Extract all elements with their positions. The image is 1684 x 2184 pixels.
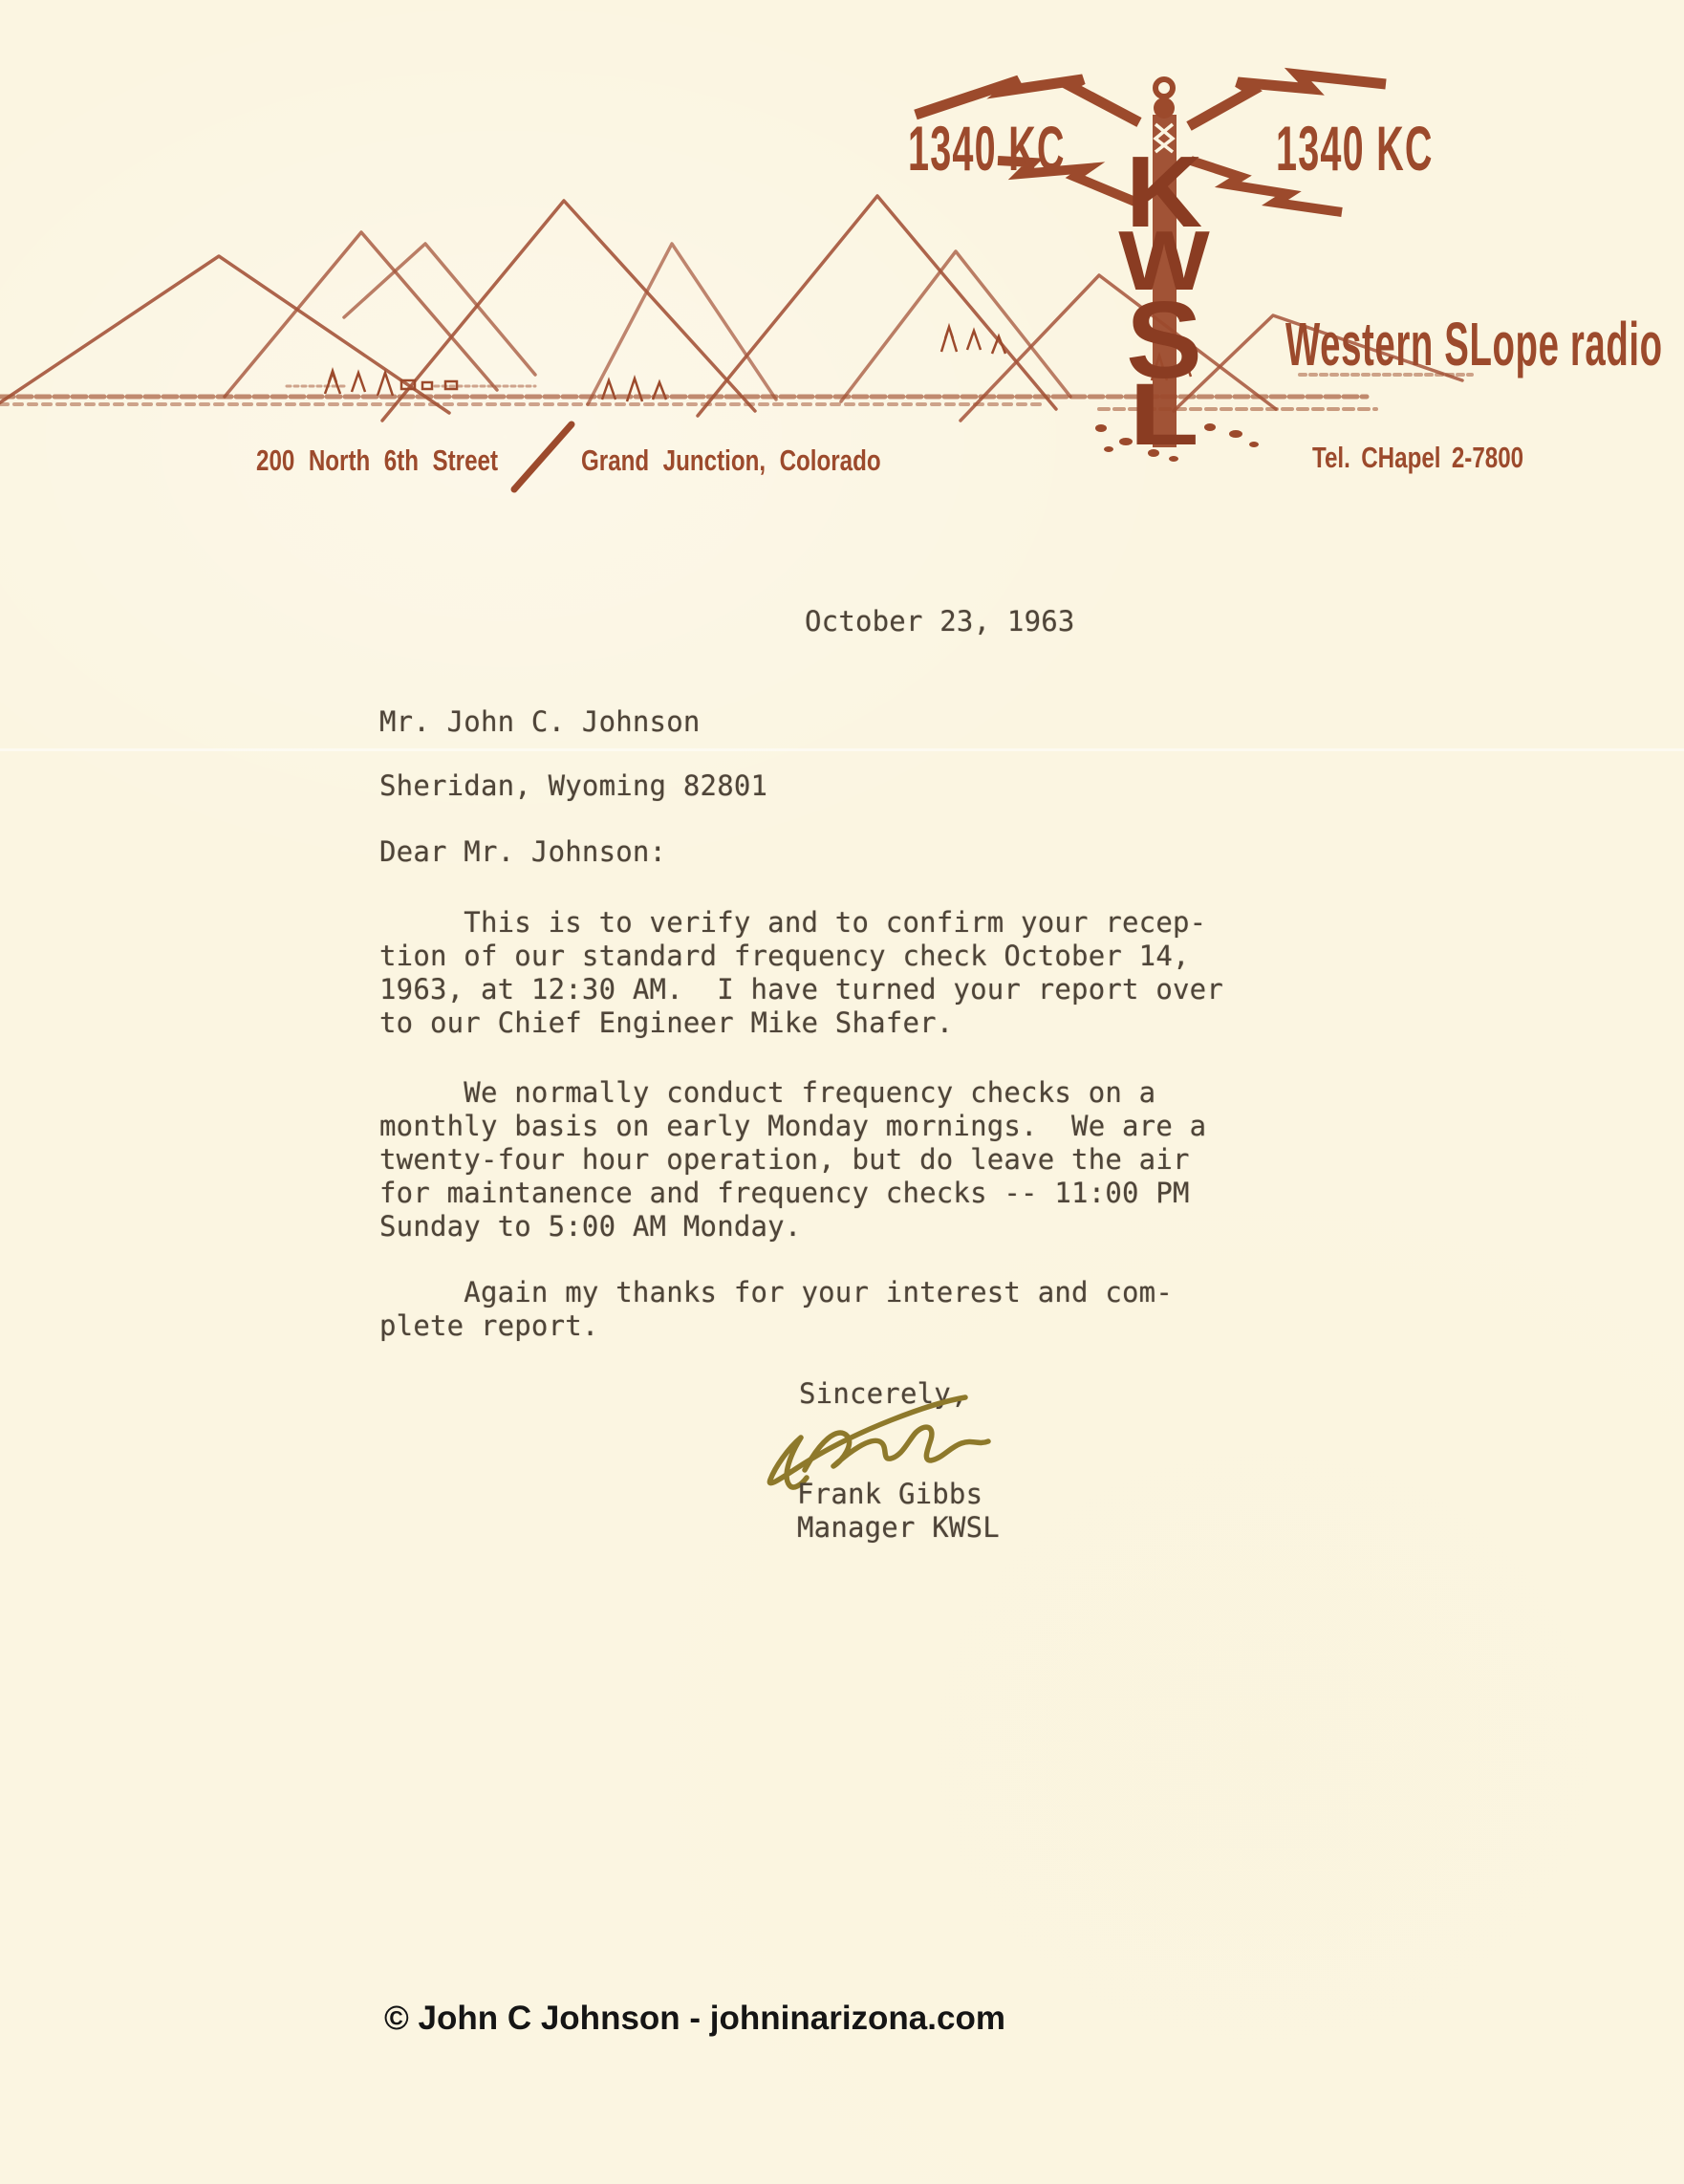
- salutation: Dear Mr. Johnson:: [379, 835, 666, 869]
- totem-ring-icon: [1155, 79, 1173, 97]
- totem-pole-logo: K W S L: [1095, 79, 1259, 464]
- phone-number: Tel. CHapel 2-7800: [1312, 441, 1523, 474]
- frequency-label-left: 1340 KC: [908, 114, 1066, 184]
- paragraph-1: This is to verify and to confirm your re…: [379, 906, 1223, 1040]
- address-divider-slash: [514, 424, 572, 489]
- signer-title: Manager KWSL: [797, 1511, 1000, 1545]
- address-city: Grand Junction, Colorado: [581, 443, 881, 477]
- mountain-range-drawing: [0, 196, 1462, 428]
- paragraph-3: Again my thanks for your interest and co…: [379, 1276, 1173, 1343]
- callsign-letter-l: L: [1129, 364, 1198, 463]
- copyright-credit: © John C Johnson - johninarizona.com: [384, 2000, 1005, 2038]
- pine-trees-drawing: [325, 327, 1191, 401]
- letter-date: October 23, 1963: [805, 605, 1075, 638]
- recipient-city: Sheridan, Wyoming 82801: [379, 769, 767, 803]
- paragraph-2: We normally conduct frequency checks on …: [379, 1076, 1206, 1243]
- callsign-letters: K W S L: [1118, 136, 1210, 463]
- letter-scan-page: K W S L 1340 KC 1340 KC Western SLope ra…: [0, 0, 1684, 2184]
- letterhead-artwork: K W S L 1340 KC 1340 KC Western SLope ra…: [0, 0, 1684, 521]
- frequency-label-right: 1340 KC: [1276, 114, 1434, 184]
- signer-name: Frank Gibbs: [797, 1478, 982, 1511]
- station-slogan: Western SLope radio: [1285, 311, 1663, 379]
- recipient-name: Mr. John C. Johnson: [379, 705, 701, 739]
- address-street: 200 North 6th Street: [256, 443, 498, 477]
- paper-crease: [0, 748, 1684, 751]
